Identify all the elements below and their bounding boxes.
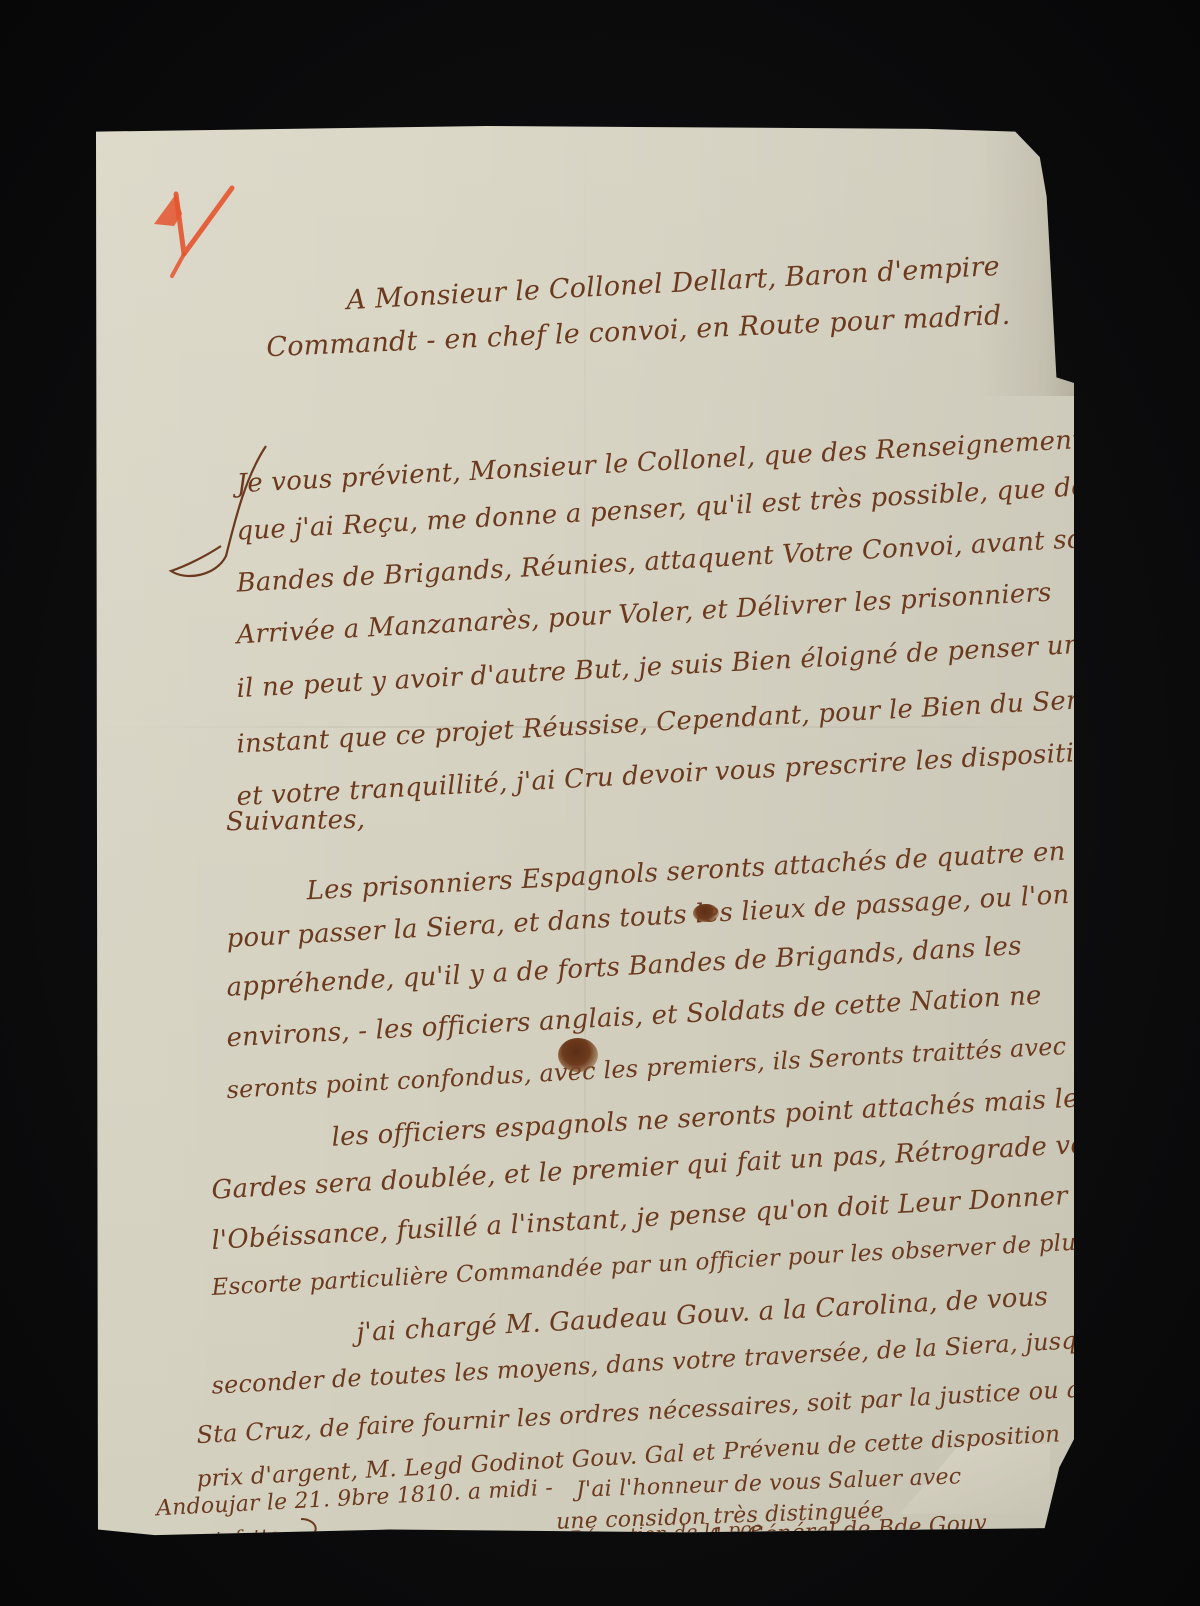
ink-stain-1 [693, 904, 719, 922]
closing-line-1: J'ai l'honneur de vous Saluer avec [576, 1464, 962, 1502]
ink-stain-2 [558, 1038, 598, 1072]
initial-j-flourish [166, 436, 276, 586]
letter-paper: A Monsieur le Collonel Dellart, Baron d'… [96, 126, 1074, 1538]
red-crayon-check-mark-icon [146, 184, 236, 279]
body-line-8: Suivantes, [226, 805, 366, 837]
